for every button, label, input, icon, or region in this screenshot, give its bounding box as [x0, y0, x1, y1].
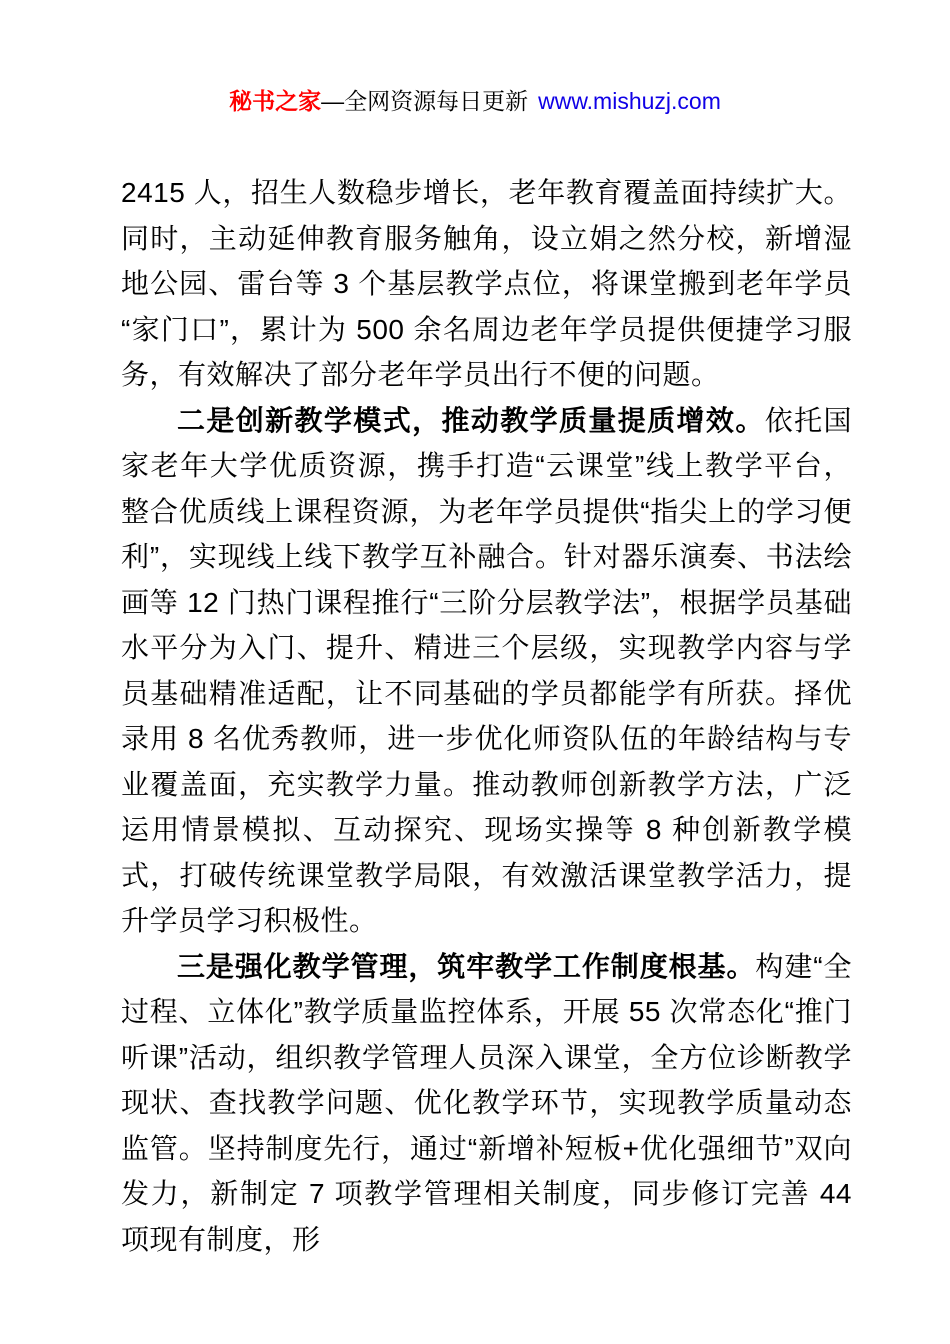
paragraph-continuation: 2415 人，招生人数稳步增长，老年教育覆盖面持续扩大。同时，主动延伸教育服务触… — [121, 170, 852, 398]
site-header: 秘书之家—全网资源每日更新www.mishuzj.com — [0, 88, 950, 115]
paragraph-text: 2415 人，招生人数稳步增长，老年教育覆盖面持续扩大。同时，主动延伸教育服务触… — [121, 177, 852, 390]
paragraph-text: 构建“全过程、立体化”教学质量监控体系，开展 55 次常态化“推门听课”活动，组… — [121, 951, 852, 1255]
document-body: 2415 人，招生人数稳步增长，老年教育覆盖面持续扩大。同时，主动延伸教育服务触… — [121, 170, 852, 1262]
header-tagline: 全网资源每日更新 — [344, 88, 528, 114]
paragraph-lead: 二是创新教学模式，推动教学质量提质增效。 — [177, 405, 765, 436]
paragraph-lead: 三是强化教学管理，筑牢教学工作制度根基。 — [177, 951, 755, 982]
site-url-link[interactable]: www.mishuzj.com — [538, 88, 721, 114]
document-page: 秘书之家—全网资源每日更新www.mishuzj.com 2415 人，招生人数… — [0, 0, 950, 1344]
site-brand: 秘书之家 — [229, 88, 321, 114]
paragraph-point-three: 三是强化教学管理，筑牢教学工作制度根基。构建“全过程、立体化”教学质量监控体系，… — [121, 944, 852, 1263]
paragraph-point-two: 二是创新教学模式，推动教学质量提质增效。依托国家老年大学优质资源，携手打造“云课… — [121, 398, 852, 944]
header-dash: — — [321, 88, 344, 114]
paragraph-text: 依托国家老年大学优质资源，携手打造“云课堂”线上教学平台，整合优质线上课程资源，… — [121, 405, 852, 937]
